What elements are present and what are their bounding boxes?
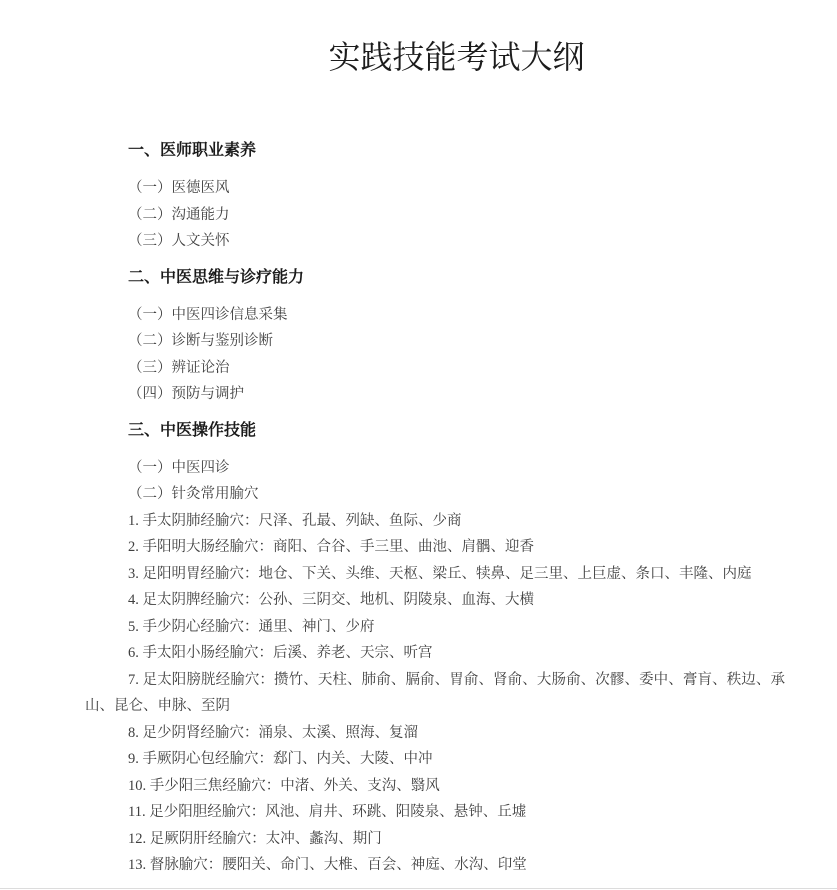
numbered-item: 3. 足阳明胃经腧穴：地仓、下关、头维、天枢、梁丘、犊鼻、足三里、上巨虚、条口、… [85, 561, 785, 588]
numbered-item: 6. 手太阳小肠经腧穴：后溪、养老、天宗、听宫 [85, 640, 785, 667]
numbered-item: 12. 足厥阴肝经腧穴：太冲、蠡沟、期门 [85, 826, 785, 853]
numbered-item: 9. 手厥阴心包经腧穴：郄门、内关、大陵、中冲 [85, 746, 785, 773]
numbered-item: 1. 手太阴肺经腧穴：尺泽、孔最、列缺、鱼际、少商 [85, 508, 785, 535]
sub-item: （一）中医四诊 [85, 455, 785, 482]
sub-item: （三）辨证论治 [85, 355, 785, 382]
numbered-item: 10. 手少阳三焦经腧穴：中渚、外关、支沟、翳风 [85, 773, 785, 800]
sub-item: （三）人文关怀 [85, 228, 785, 255]
numbered-item: 11. 足少阳胆经腧穴：风池、肩井、环跳、阳陵泉、悬钟、丘墟 [85, 799, 785, 826]
numbered-item: 4. 足太阴脾经腧穴：公孙、三阴交、地机、阴陵泉、血海、大横 [85, 587, 785, 614]
page-bottom-edge [0, 888, 837, 889]
numbered-item: 7. 足太阳膀胱经腧穴：攒竹、天柱、肺俞、膈俞、胃俞、肾俞、大肠俞、次髎、委中、… [85, 667, 785, 720]
sub-item: （四）预防与调护 [85, 381, 785, 408]
section-heading-3: 三、中医操作技能 [85, 417, 785, 444]
numbered-item: 2. 手阳明大肠经腧穴：商阳、合谷、手三里、曲池、肩髃、迎香 [85, 534, 785, 561]
document-page: 实践技能考试大纲 一、医师职业素养 （一）医德医风 （二）沟通能力 （三）人文关… [0, 0, 837, 890]
numbered-item: 5. 手少阴心经腧穴：通里、神门、少府 [85, 614, 785, 641]
sub-item: （二）诊断与鉴别诊断 [85, 328, 785, 355]
sub-item: （一）医德医风 [85, 175, 785, 202]
section-heading-1: 一、医师职业素养 [85, 137, 785, 164]
document-content: 实践技能考试大纲 一、医师职业素养 （一）医德医风 （二）沟通能力 （三）人文关… [85, 36, 785, 879]
sub-item: （一）中医四诊信息采集 [85, 302, 785, 329]
numbered-item: 13. 督脉腧穴：腰阳关、命门、大椎、百会、神庭、水沟、印堂 [85, 852, 785, 879]
section-heading-2: 二、中医思维与诊疗能力 [85, 264, 785, 291]
document-title: 实践技能考试大纲 [85, 36, 785, 78]
numbered-item: 8. 足少阴肾经腧穴：涌泉、太溪、照海、复溜 [85, 720, 785, 747]
sub-item: （二）针灸常用腧穴 [85, 481, 785, 508]
sub-item: （二）沟通能力 [85, 202, 785, 229]
